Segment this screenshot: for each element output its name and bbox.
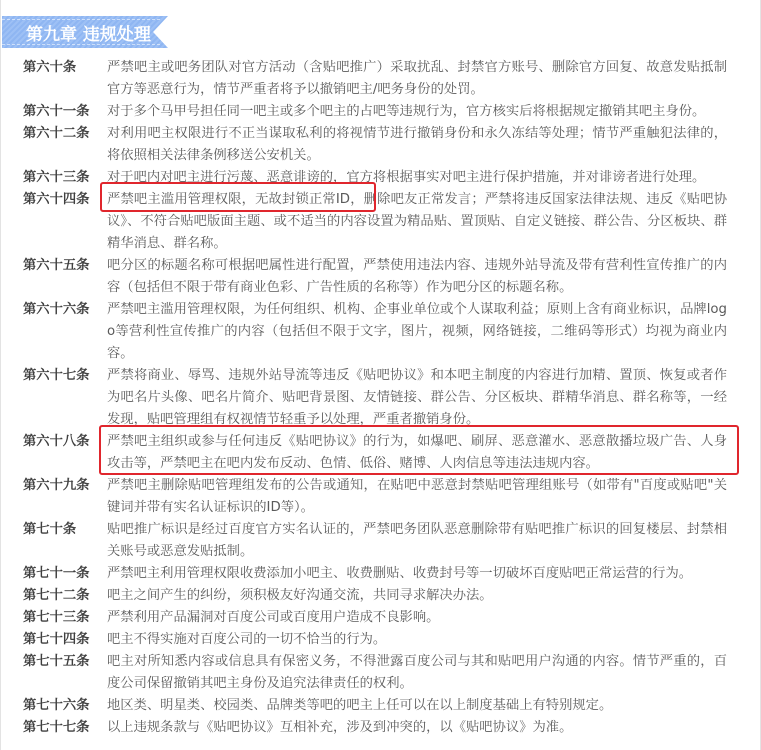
article-number: 第七十五条 xyxy=(1,651,107,695)
article-text: 严禁吧主滥用管理权限，无故封锁正常ID，删除吧友正常发言；严禁将违反国家法律法规… xyxy=(107,189,727,255)
article-list: 第六十条 严禁吧主或吧务团队对官方活动（含贴吧推广）采取扰乱、封禁官方账号、删除… xyxy=(1,57,761,739)
article-text: 严禁将商业、辱骂、违规外站导流等违反《贴吧协议》和本吧主制度的内容进行加精、置顶… xyxy=(107,365,727,431)
article-63: 第六十三条 对于吧内对吧主进行污蔑、恶意诽谤的，官方将根据事实对吧主进行保护措施… xyxy=(1,167,761,189)
article-74: 第七十四条 吧主不得实施对百度公司的一切不恰当的行为。 xyxy=(1,629,761,651)
article-text: 对于多个马甲号担任同一吧主或多个吧主的占吧等违规行为，官方核实后将根据规定撤销其… xyxy=(107,101,727,123)
article-text: 严禁吧主利用管理权限收费添加小吧主、收费删贴、收费封号等一切破坏百度贴吧正常运营… xyxy=(107,563,727,585)
article-text: 以上违规条款与《贴吧协议》互相补充，涉及到冲突的，以《贴吧协议》为准。 xyxy=(107,717,727,739)
article-65: 第六十五条 吧分区的标题名称可根据吧属性进行配置，严禁使用违法内容、违规外站导流… xyxy=(1,255,761,299)
article-number: 第七十三条 xyxy=(1,607,107,629)
article-number: 第七十四条 xyxy=(1,629,107,651)
article-number: 第六十六条 xyxy=(1,299,107,365)
article-number: 第六十八条 xyxy=(1,431,107,475)
article-68: 第六十八条 严禁吧主组织或参与任何违反《贴吧协议》的行为，如爆吧、刷屏、恶意灌水… xyxy=(1,431,761,475)
article-number: 第六十九条 xyxy=(1,475,107,519)
article-number: 第六十七条 xyxy=(1,365,107,431)
article-number: 第七十二条 xyxy=(1,585,107,607)
article-text: 地区类、明星类、校园类、品牌类等吧的吧主上任可以在以上制度基础上有特别规定。 xyxy=(107,695,727,717)
article-number: 第六十一条 xyxy=(1,101,107,123)
article-text: 严禁吧主滥用管理权限，为任何组织、机构、企事业单位或个人谋取利益；原则上含有商业… xyxy=(107,299,727,365)
document-frame: 第九章 违规处理 第六十条 严禁吧主或吧务团队对官方活动（含贴吧推广）采取扰乱、… xyxy=(0,0,761,750)
article-72: 第七十二条 吧主之间产生的纠纷，须积极友好沟通交流，共同寻求解决办法。 xyxy=(1,585,761,607)
article-62: 第六十二条 对利用吧主权限进行不正当谋取私利的将视情节进行撤销身份和永久冻结等处… xyxy=(1,123,761,167)
article-text: 吧分区的标题名称可根据吧属性进行配置，严禁使用违法内容、违规外站导流及带有营利性… xyxy=(107,255,727,299)
article-text: 严禁吧主删除贴吧管理组发布的公告或通知，在贴吧中恶意封禁贴吧管理组账号（如带有"… xyxy=(107,475,727,519)
article-number: 第七十六条 xyxy=(1,695,107,717)
article-text: 吧主不得实施对百度公司的一切不恰当的行为。 xyxy=(107,629,727,651)
article-66: 第六十六条 严禁吧主滥用管理权限，为任何组织、机构、企事业单位或个人谋取利益；原… xyxy=(1,299,761,365)
article-77: 第七十七条 以上违规条款与《贴吧协议》互相补充，涉及到冲突的，以《贴吧协议》为准… xyxy=(1,717,761,739)
article-number: 第六十五条 xyxy=(1,255,107,299)
article-number: 第六十三条 xyxy=(1,167,107,189)
article-text: 严禁利用产品漏洞对百度公司或百度用户造成不良影响。 xyxy=(107,607,727,629)
article-number: 第六十二条 xyxy=(1,123,107,167)
article-75: 第七十五条 吧主对所知悉内容或信息具有保密义务，不得泄露百度公司与其和贴吧用户沟… xyxy=(1,651,761,695)
article-64: 第六十四条 严禁吧主滥用管理权限，无故封锁正常ID，删除吧友正常发言；严禁将违反… xyxy=(1,189,761,255)
article-number: 第七十一条 xyxy=(1,563,107,585)
article-73: 第七十三条 严禁利用产品漏洞对百度公司或百度用户造成不良影响。 xyxy=(1,607,761,629)
article-70: 第七十条 贴吧推广标识是经过百度官方实名认证的，严禁吧务团队恶意删除带有贴吧推广… xyxy=(1,519,761,563)
article-61: 第六十一条 对于多个马甲号担任同一吧主或多个吧主的占吧等违规行为，官方核实后将根… xyxy=(1,101,761,123)
chapter-banner: 第九章 违规处理 xyxy=(2,16,168,48)
article-text: 严禁吧主或吧务团队对官方活动（含贴吧推广）采取扰乱、封禁官方账号、删除官方回复、… xyxy=(107,57,727,101)
article-text: 严禁吧主组织或参与任何违反《贴吧协议》的行为，如爆吧、刷屏、恶意灌水、恶意散播垃… xyxy=(107,431,727,475)
chapter-title: 第九章 违规处理 xyxy=(26,20,151,45)
article-number: 第七十条 xyxy=(1,519,107,563)
article-67: 第六十七条 严禁将商业、辱骂、违规外站导流等违反《贴吧协议》和本吧主制度的内容进… xyxy=(1,365,761,431)
article-number: 第六十四条 xyxy=(1,189,107,255)
article-71: 第七十一条 严禁吧主利用管理权限收费添加小吧主、收费删贴、收费封号等一切破坏百度… xyxy=(1,563,761,585)
article-number: 第六十条 xyxy=(1,57,107,101)
article-text: 吧主对所知悉内容或信息具有保密义务，不得泄露百度公司与其和贴吧用户沟通的内容。情… xyxy=(107,651,727,695)
article-69: 第六十九条 严禁吧主删除贴吧管理组发布的公告或通知，在贴吧中恶意封禁贴吧管理组账… xyxy=(1,475,761,519)
article-text: 吧主之间产生的纠纷，须积极友好沟通交流，共同寻求解决办法。 xyxy=(107,585,727,607)
article-text: 对利用吧主权限进行不正当谋取私利的将视情节进行撤销身份和永久冻结等处理；情节严重… xyxy=(107,123,727,167)
article-number: 第七十七条 xyxy=(1,717,107,739)
article-76: 第七十六条 地区类、明星类、校园类、品牌类等吧的吧主上任可以在以上制度基础上有特… xyxy=(1,695,761,717)
article-60: 第六十条 严禁吧主或吧务团队对官方活动（含贴吧推广）采取扰乱、封禁官方账号、删除… xyxy=(1,57,761,101)
article-text: 贴吧推广标识是经过百度官方实名认证的，严禁吧务团队恶意删除带有贴吧推广标识的回复… xyxy=(107,519,727,563)
article-text: 对于吧内对吧主进行污蔑、恶意诽谤的，官方将根据事实对吧主进行保护措施，并对诽谤者… xyxy=(107,167,727,189)
